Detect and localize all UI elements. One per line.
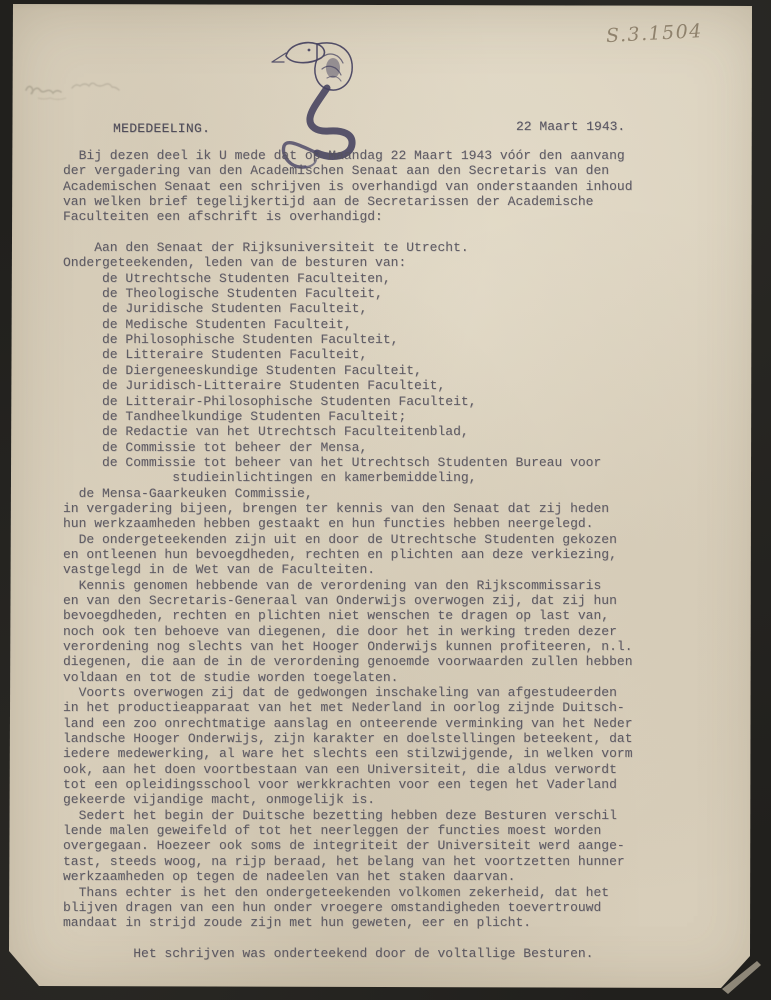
letter-line: lende malen geweifeld of tot het neerleg… [63, 823, 723, 838]
letter-line: de Theologische Studenten Faculteit, [63, 286, 723, 301]
pencil-inscription [20, 64, 150, 108]
letter-line: diegenen, die aan de in de verordening g… [63, 654, 723, 669]
letter-line: in vergadering bijeen, brengen ter kenni… [63, 501, 723, 516]
letter-line: Kennis genomen hebbende van de verordeni… [63, 578, 723, 593]
letter-line: de Utrechtsche Studenten Faculteiten, [63, 271, 723, 286]
letter-line: en van den Secretaris-Generaal van Onder… [63, 593, 723, 608]
letter-line: werkzaamheden op tegen de nadeelen van h… [63, 869, 723, 884]
letter-line: tast, steeds woog, na rijp beraad, het b… [63, 854, 723, 869]
letter-line: Voorts overwogen zij dat de gedwongen in… [63, 685, 723, 700]
letter-line: en ontleenen hun bevoegdheden, rechten e… [63, 547, 723, 562]
letter-line: tot een opleidingsschool voor werkkracht… [63, 777, 723, 792]
letter-line: de Commissie tot beheer van het Utrechts… [63, 455, 723, 470]
letter-line: land een zoo onrechtmatige aanslag en on… [63, 716, 723, 731]
letter-body: Bij dezen deel ik U mede dat op Maandag … [63, 148, 723, 961]
letter-line: voldaan en tot de studie worden toegelat… [63, 670, 723, 685]
letter-line: gekeerde vijandige macht, onmogelijk is. [63, 792, 723, 807]
letter-line: Thans echter is het den ondergeteekenden… [63, 885, 723, 900]
letter-line: Aan den Senaat der Rijksuniversiteit te … [63, 240, 723, 255]
archive-code: S.3.1504 [606, 19, 727, 47]
letter-line: van welken brief tegelijkertijd aan de S… [63, 194, 723, 209]
letter-line: Ondergeteekenden, leden van de besturen … [63, 255, 723, 270]
letter-line: de Diergeneeskundige Studenten Faculteit… [63, 363, 723, 378]
document-title: MEDEDEELING. [113, 121, 210, 136]
letter-line: landsche Hooger Onderwijs, zijn karakter… [63, 731, 723, 746]
letter-line: Faculteiten een afschrift is overhandigd… [63, 209, 723, 224]
letter-line [63, 225, 723, 240]
letter-line: de Redactie van het Utrechtsch Faculteit… [63, 424, 723, 439]
letter-line: hun werkzaamheden hebben gestaakt en hun… [63, 516, 723, 531]
letter-line: bevoegdheden, rechten en plichten niet w… [63, 608, 723, 623]
letter-line [63, 931, 723, 946]
letter-line: Het schrijven was onderteekend door de v… [63, 946, 723, 961]
letter-line: de Commissie tot beheer der Mensa, [63, 440, 723, 455]
letter-line: studieinlichtingen en kamerbemiddeling, [63, 470, 723, 485]
letter-line: der vergadering van den Academischen Sen… [63, 163, 723, 178]
letter-line: de Litteraire Studenten Faculteit, [63, 347, 723, 362]
letter-line: de Litterair-Philosophische Studenten Fa… [63, 394, 723, 409]
letter-line: Sedert het begin der Duitsche bezetting … [63, 808, 723, 823]
letter-line: ook, aan het doen voortbestaan van een U… [63, 762, 723, 777]
letter-line: verordening nog slechts van het Hooger O… [63, 639, 723, 654]
letter-line: Bij dezen deel ik U mede dat op Maandag … [63, 148, 723, 163]
letter-line: vastgelegd in de Wet van de Faculteiten. [63, 562, 723, 577]
letter-line: De ondergeteekenden zijn uit en door de … [63, 532, 723, 547]
letter-line: blijven dragen van een hun onder vroeger… [63, 900, 723, 915]
letter-line: de Philosophische Studenten Faculteit, [63, 332, 723, 347]
photo-background: { "document": { "archive_code": "S.3.150… [0, 0, 771, 1000]
letter-line: de Juridisch-Litteraire Studenten Facult… [63, 378, 723, 393]
letter-line: noch ook ten behoeve van diegenen, die d… [63, 624, 723, 639]
letter-line: in het productieapparaat van het met Ned… [63, 700, 723, 715]
letter-line: de Mensa-Gaarkeuken Commissie, [63, 486, 723, 501]
letter-line: de Tandheelkundige Studenten Faculteit; [63, 409, 723, 424]
document-paper: S.3.1504 MEDEDEELING. 22 Maart 1943. Bij… [0, 0, 771, 1000]
letter-line: mandaat in strijd zoude zijn met hun gew… [63, 915, 723, 930]
letter-line: de Medische Studenten Faculteit, [63, 317, 723, 332]
letter-line: Academischen Senaat een schrijven is ove… [63, 179, 723, 194]
letter-line: iedere medewerking, al ware het slechts … [63, 746, 723, 761]
letter-line: overgegaan. Hoezeer ook soms de integrit… [63, 838, 723, 853]
letter-line: de Juridische Studenten Faculteit, [63, 301, 723, 316]
document-date: 22 Maart 1943. [516, 119, 625, 134]
